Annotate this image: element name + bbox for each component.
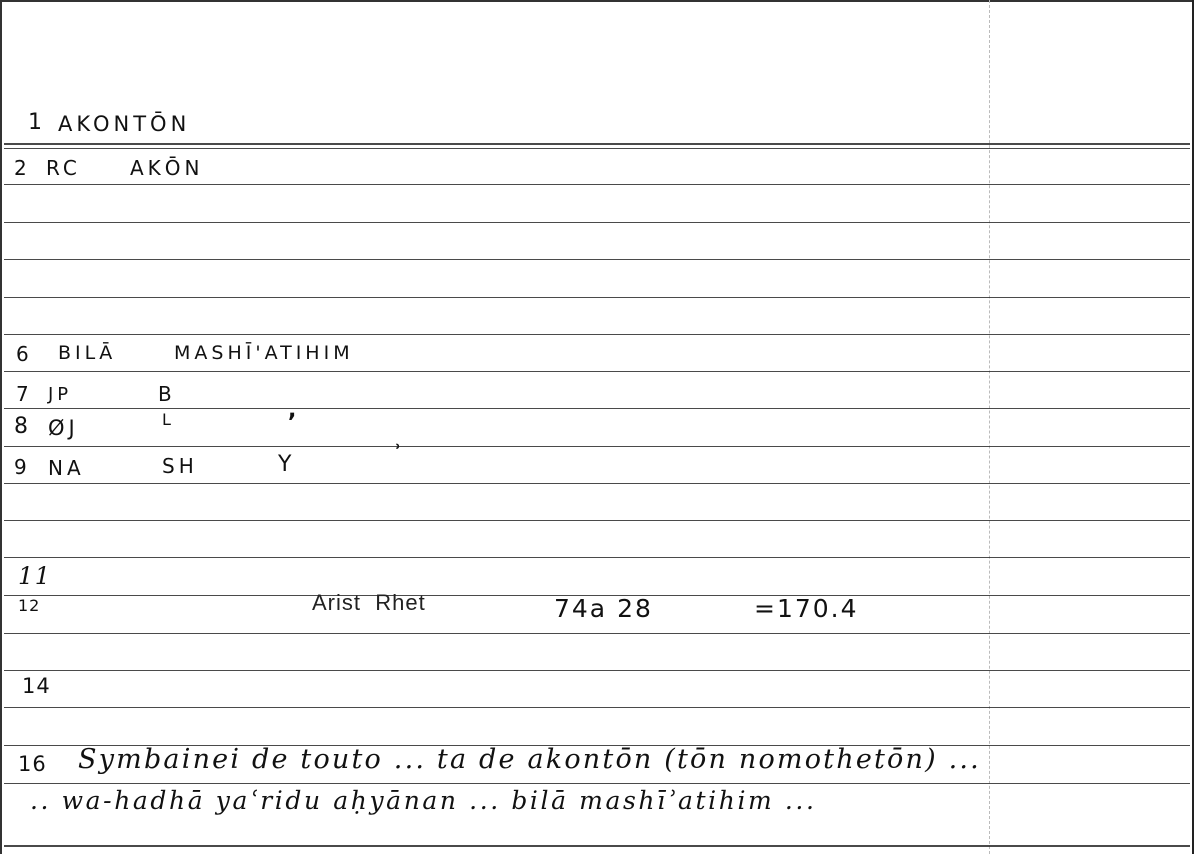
- row-9-number: 9: [14, 455, 31, 479]
- row-12-equivalence: =170.4: [754, 594, 859, 623]
- row-16-line-1: Symbainei de touto ... ta de akontōn (tō…: [78, 744, 981, 775]
- rule-line: [4, 408, 1190, 409]
- rule-line: [4, 783, 1190, 784]
- rule-line: [4, 297, 1190, 298]
- rule-line: [4, 483, 1190, 484]
- row-11-number: 11: [18, 562, 52, 590]
- rule-line: [4, 707, 1190, 708]
- row-8-extra: ,: [288, 398, 300, 423]
- card-top-edge: [2, 0, 1192, 2]
- rule-line: [4, 670, 1190, 671]
- row-1-number: 1: [28, 110, 46, 135]
- row-2-text: AKŌN: [130, 156, 204, 180]
- rule-line: [4, 520, 1190, 521]
- row-14-number: 14: [22, 674, 51, 698]
- row-16-number: 16: [18, 752, 47, 776]
- row-9-code: NA: [48, 456, 85, 480]
- rule-line: [4, 557, 1190, 558]
- rule-line: [4, 184, 1190, 185]
- row-7-code: JP: [48, 384, 72, 405]
- row-7-number: 7: [16, 382, 33, 406]
- row-1-text: AKONTŌN: [58, 112, 190, 136]
- row-12-number: 12: [18, 596, 40, 615]
- rule-line: [4, 148, 1190, 149]
- row-6-number: 6: [16, 342, 33, 366]
- row-9-extra: ʾ: [394, 440, 405, 464]
- row-9-mark2: Y: [278, 452, 295, 477]
- row-16-line-2: .. wa-hadhā yaʿridu aḥyānan ... bilā mas…: [30, 786, 817, 815]
- vertical-guide-line: [989, 0, 990, 854]
- rule-line: [4, 371, 1190, 372]
- row-2-code: RC: [46, 156, 81, 180]
- rule-line: [4, 334, 1190, 335]
- row-9-mark: SH: [162, 454, 198, 478]
- row-8-code: ØJ: [48, 416, 79, 440]
- rule-line: [4, 446, 1190, 447]
- rule-line: [4, 143, 1190, 145]
- index-card: 1 AKONTŌN 2 RC AKŌN 6 BILĀ MASHĪ'ATIHIM …: [0, 0, 1194, 854]
- row-8-mark: L: [162, 410, 175, 429]
- rule-line: [4, 845, 1190, 847]
- row-12-reference: 74a 28: [554, 594, 653, 623]
- row-12-source: Arist Rhet: [312, 590, 426, 616]
- row-7-mark: B: [158, 382, 176, 406]
- rule-line: [4, 633, 1190, 634]
- row-6-word1: BILĀ: [58, 342, 116, 364]
- row-8-number: 8: [14, 414, 32, 439]
- row-6-word2: MASHĪ'ATIHIM: [174, 342, 354, 364]
- row-2-number: 2: [14, 156, 31, 180]
- rule-line: [4, 222, 1190, 223]
- rule-line: [4, 259, 1190, 260]
